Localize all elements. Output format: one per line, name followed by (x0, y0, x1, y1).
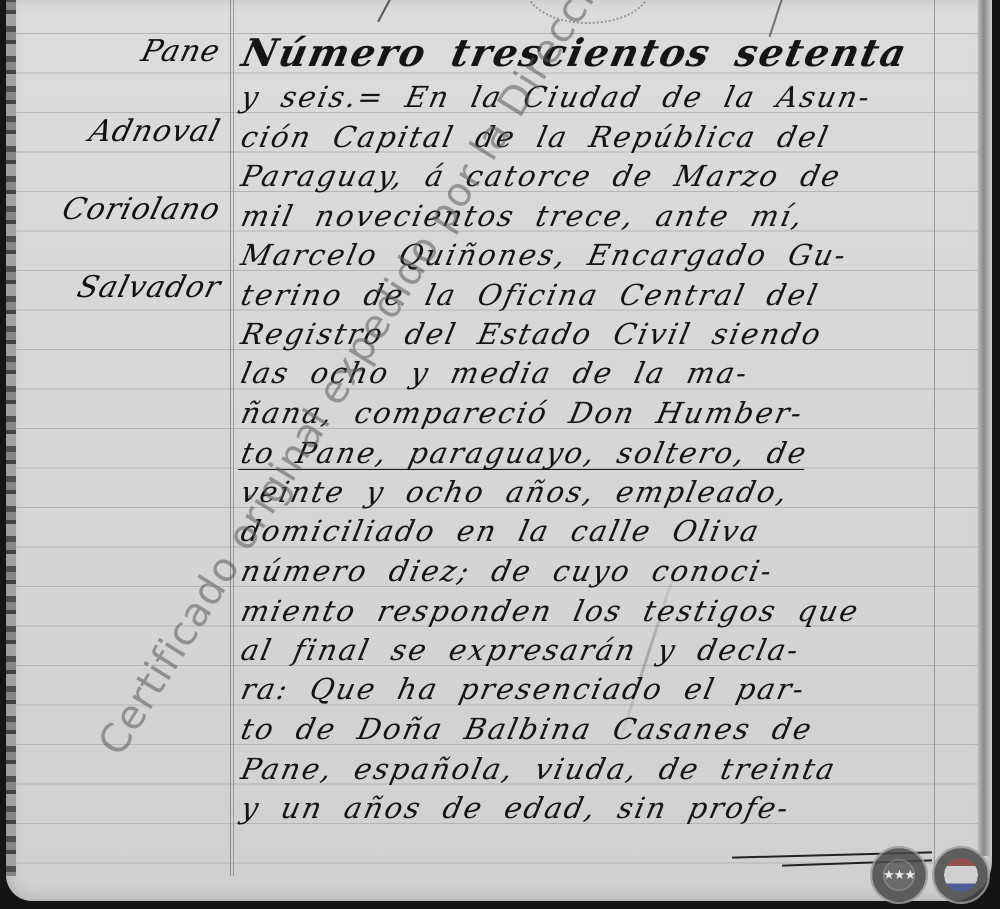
record-line: ñana, compareció Don Humber- (238, 396, 807, 430)
document-viewer: Pane Adnoval Coriolano Salvador Número t… (0, 0, 1000, 909)
record-line: las ocho y media de la ma- (238, 356, 752, 390)
stars-icon: ★★★ (883, 868, 915, 883)
record-line: Marcelo Quiñones, Encargado Gu- (238, 238, 851, 272)
margin-names-column: Pane Adnoval Coriolano Salvador (16, 0, 230, 876)
margin-rule (230, 0, 234, 876)
record-line: to Pane, paraguayo, soltero, de (238, 436, 811, 470)
margin-name-given-3: Salvador (73, 270, 224, 305)
record-line: veinte y ocho años, empleado, (238, 475, 792, 509)
record-line: domiciliado en la calle Oliva (238, 514, 764, 548)
record-line: miento responden los testigos que (238, 594, 863, 628)
ledger-page: Pane Adnoval Coriolano Salvador Número t… (6, 0, 992, 901)
paraguay-flag-seal-icon (932, 846, 990, 904)
margin-name-given-1: Adnoval (86, 114, 224, 149)
record-line: terino de la Oficina Central del (238, 278, 822, 312)
record-line: Registro del Estado Civil siendo (238, 317, 826, 351)
record-line: Pane, española, viuda, de treinta (238, 752, 840, 786)
record-body: Número trescientos setenta y seis.= En l… (238, 0, 948, 876)
record-line: to de Doña Balbina Casanes de (238, 712, 816, 746)
record-line: al final se expresarán y decla- (238, 633, 803, 667)
record-line: Paraguay, á catorce de Marzo de (238, 159, 845, 193)
registry-seal-icon: ★★★ (870, 846, 928, 904)
record-line: mil novecientos trece, ante mí, (238, 199, 807, 233)
page-right-edge (978, 0, 992, 856)
binding-edge (6, 0, 16, 876)
record-line: ra: Que ha presenciado el par- (238, 672, 809, 706)
record-line: y seis.= En la Ciudad de la Asun- (238, 80, 875, 114)
margin-name-surname: Pane (138, 34, 225, 69)
margin-name-given-2: Coriolano (59, 192, 225, 227)
record-line: y un años de edad, sin profe- (238, 791, 793, 825)
record-line: ción Capital de la República del (238, 120, 833, 154)
record-number-line: Número trescientos setenta (238, 30, 912, 75)
record-line: número diez; de cuyo conoci- (238, 554, 777, 588)
